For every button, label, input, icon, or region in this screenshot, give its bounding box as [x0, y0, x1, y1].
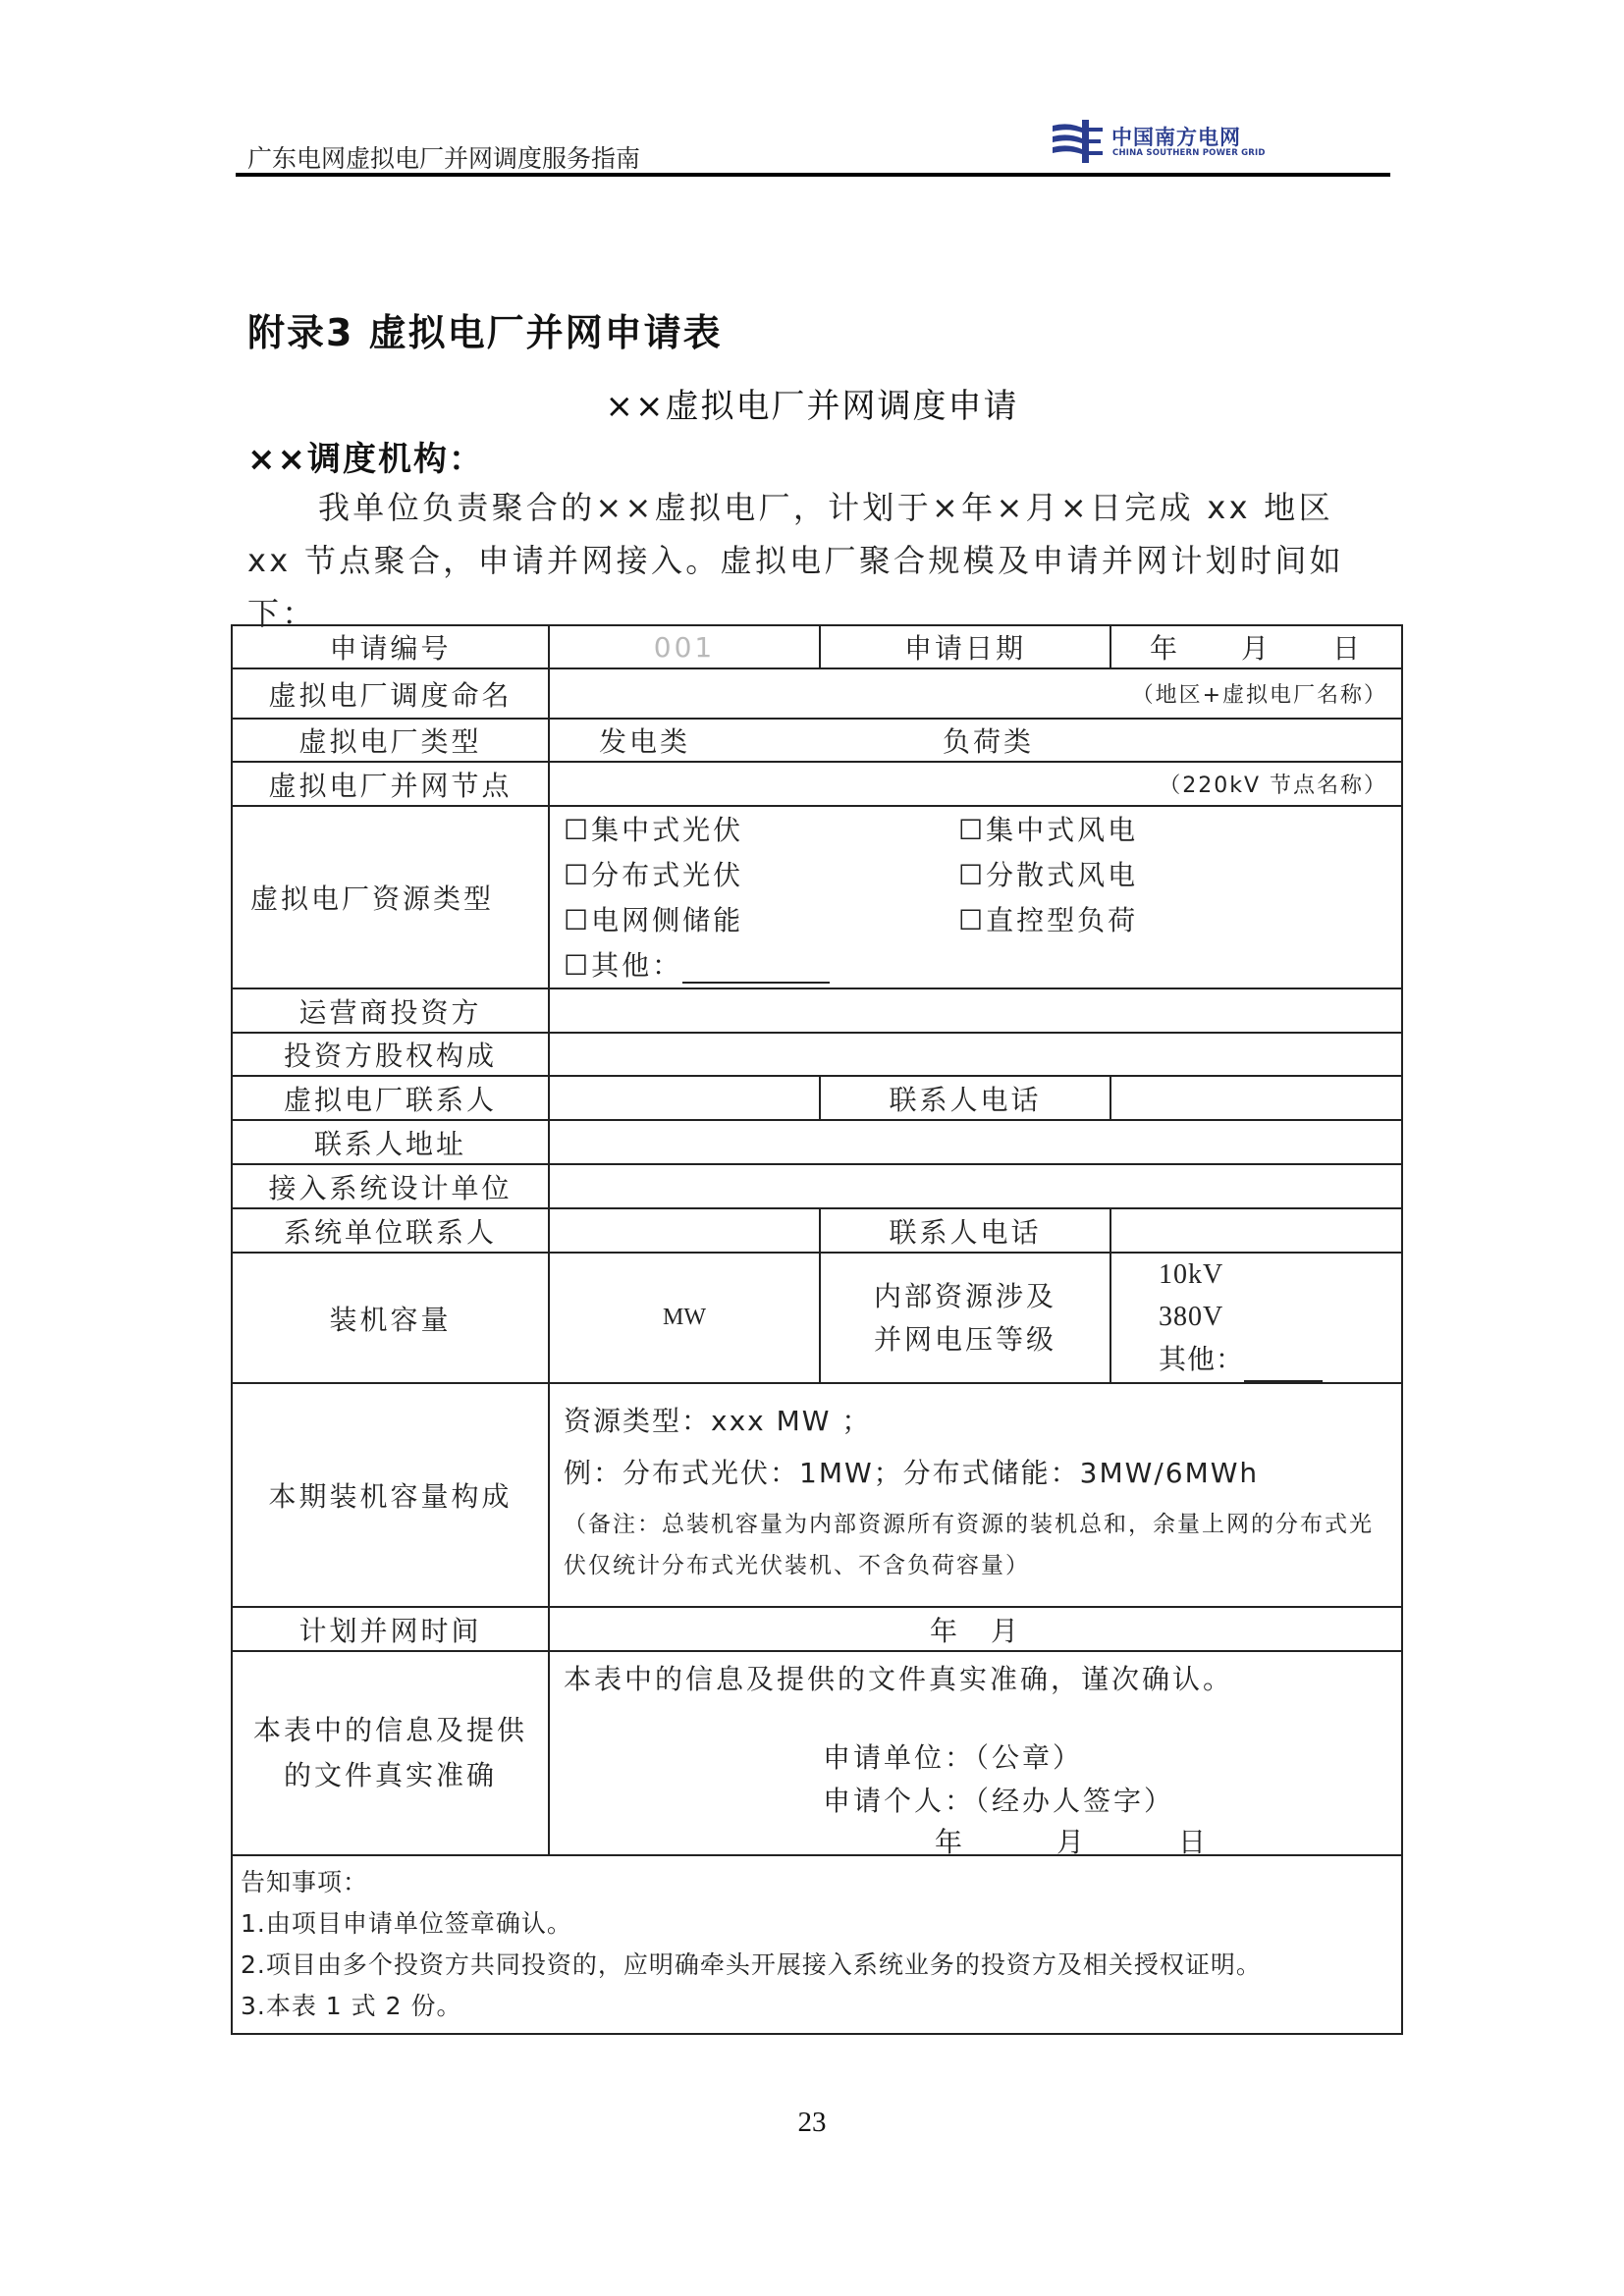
application-no-field[interactable]: 001	[549, 625, 820, 668]
application-date-field[interactable]: 年 月 日	[1110, 625, 1402, 668]
checkbox-icon: ☐	[958, 859, 986, 891]
page-number: 23	[0, 2107, 1624, 2139]
capacity-line-format: 资源类型：xxx MW ；	[564, 1400, 1391, 1443]
voltage-option-10kv[interactable]: 10kV	[1159, 1254, 1401, 1296]
system-contact-phone-label: 联系人电话	[820, 1208, 1110, 1253]
table-row-grid-node: 虚拟电厂并网节点 （220kV 节点名称）	[232, 762, 1402, 806]
declaration-label: 本表中的信息及提供的文件真实准确	[232, 1651, 549, 1855]
vpp-type-option-generation[interactable]: 发电类	[564, 721, 943, 760]
checkbox-centralized-pv[interactable]: ☐集中式光伏	[564, 809, 958, 848]
header-title: 广东电网虚拟电厂并网调度服务指南	[247, 139, 640, 175]
capacity-composition-label: 本期装机容量构成	[232, 1383, 549, 1607]
vpp-type-option-load[interactable]: 负荷类	[943, 725, 1034, 758]
vpp-contact-field[interactable]	[549, 1076, 820, 1120]
capacity-note: （备注：总装机容量为内部资源所有资源的装机总和，余量上网的分布式光伏仅统计分布式…	[564, 1504, 1391, 1586]
vpp-contact-label: 虚拟电厂联系人	[232, 1076, 549, 1120]
system-contact-field[interactable]	[549, 1208, 820, 1253]
checkbox-direct-control-load[interactable]: ☐直控型负荷	[958, 899, 1253, 938]
checkbox-icon: ☐	[564, 904, 591, 936]
system-contact-label: 系统单位联系人	[232, 1208, 549, 1253]
checkbox-icon: ☐	[958, 904, 986, 936]
application-form-table: 申请编号 001 申请日期 年 月 日 虚拟电厂调度命名 （地区+虚拟电厂名称）…	[231, 624, 1403, 2035]
addressee: ××调度机构：	[247, 432, 484, 480]
system-contact-phone-field[interactable]	[1110, 1208, 1402, 1253]
voltage-level-field: 10kV 380V 其他：	[1110, 1253, 1402, 1383]
unit-signature[interactable]: 申请单位：（公章）	[823, 1736, 1083, 1776]
planned-time-label: 计划并网时间	[232, 1607, 549, 1651]
contact-address-field[interactable]	[549, 1120, 1402, 1164]
checkbox-distributed-pv[interactable]: ☐分布式光伏	[564, 854, 958, 893]
notice-item: 3.本表 1 式 2 份。	[241, 1986, 1391, 2027]
table-row-contact-address: 联系人地址	[232, 1120, 1402, 1164]
table-row-equity-structure: 投资方股权构成	[232, 1033, 1402, 1076]
table-row-operator-investor: 运营商投资方	[232, 988, 1402, 1033]
operator-investor-field[interactable]	[549, 988, 1402, 1033]
checkbox-icon: ☐	[564, 814, 591, 846]
dispatch-name-hint: （地区+虚拟电厂名称）	[1132, 678, 1401, 709]
table-row-installed-capacity: 装机容量 MW 内部资源涉及 并网电压等级 10kV 380V 其他：	[232, 1253, 1402, 1383]
installed-capacity-unit: MW	[663, 1305, 706, 1330]
voltage-level-label: 内部资源涉及 并网电压等级	[820, 1253, 1110, 1383]
installed-capacity-label: 装机容量	[232, 1253, 549, 1383]
table-row-notice: 告知事项： 1.由项目申请单位签章确认。 2.项目由多个投资方共同投资的，应明确…	[232, 1855, 1402, 2034]
logo-cn-text: 中国南方电网	[1111, 122, 1241, 151]
table-row-capacity-composition: 本期装机容量构成 资源类型：xxx MW ； 例：分布式光伏：1MW；分布式储能…	[232, 1383, 1402, 1607]
table-row-system-contact: 系统单位联系人 联系人电话	[232, 1208, 1402, 1253]
appendix-title: 附录3 虚拟电厂并网申请表	[247, 302, 723, 356]
design-unit-field[interactable]	[549, 1164, 1402, 1208]
checkbox-icon: ☐	[958, 814, 986, 846]
intro-paragraph: 我单位负责聚合的××虚拟电厂，计划于×年×月×日完成 xx 地区 xx 节点聚合…	[247, 481, 1386, 640]
application-no-label: 申请编号	[232, 625, 549, 668]
table-row-vpp-contact: 虚拟电厂联系人 联系人电话	[232, 1076, 1402, 1120]
logo-en-text: CHINA SOUTHERN POWER GRID	[1112, 148, 1266, 158]
vpp-contact-phone-field[interactable]	[1110, 1076, 1402, 1120]
grid-node-field[interactable]: （220kV 节点名称）	[549, 762, 1402, 806]
voltage-option-other[interactable]: 其他：	[1159, 1338, 1401, 1382]
company-logo: 中国南方电网 CHINA SOUTHERN POWER GRID	[1053, 120, 1288, 165]
operator-investor-label: 运营商投资方	[232, 988, 549, 1033]
dispatch-name-label: 虚拟电厂调度命名	[232, 668, 549, 719]
application-date-label: 申请日期	[820, 625, 1110, 668]
voltage-option-380v[interactable]: 380V	[1159, 1296, 1401, 1338]
checkbox-other[interactable]: ☐其他：	[564, 944, 958, 984]
table-row-design-unit: 接入系统设计单位	[232, 1164, 1402, 1208]
checkbox-centralized-wind[interactable]: ☐集中式风电	[958, 809, 1253, 848]
notice-section: 告知事项： 1.由项目申请单位签章确认。 2.项目由多个投资方共同投资的，应明确…	[232, 1855, 1402, 2034]
dispatch-name-field[interactable]: （地区+虚拟电厂名称）	[549, 668, 1402, 719]
person-signature[interactable]: 申请个人：（经办人签字）	[823, 1780, 1174, 1819]
declaration-field: 本表中的信息及提供的文件真实准确，谨次确认。 申请单位：（公章） 申请个人：（经…	[549, 1651, 1402, 1855]
planned-time-field[interactable]: 年 月	[549, 1607, 1402, 1651]
capacity-composition-field[interactable]: 资源类型：xxx MW ； 例：分布式光伏：1MW；分布式储能：3MW/6MWh…	[549, 1383, 1402, 1607]
form-title: ××虚拟电厂并网调度申请	[0, 379, 1624, 427]
checkbox-icon: ☐	[564, 859, 591, 891]
declaration-statement: 本表中的信息及提供的文件真实准确，谨次确认。	[564, 1658, 1391, 1697]
table-row-resource-type: 虚拟电厂资源类型 ☐集中式光伏 ☐集中式风电 ☐分布式光伏 ☐分散式风电 ☐电网…	[232, 806, 1402, 988]
table-row-vpp-type: 虚拟电厂类型 发电类负荷类	[232, 719, 1402, 762]
grid-node-label: 虚拟电厂并网节点	[232, 762, 549, 806]
checkbox-icon: ☐	[564, 949, 591, 982]
grid-node-hint: （220kV 节点名称）	[1159, 769, 1401, 799]
csg-logo-icon	[1053, 120, 1108, 163]
equity-structure-field[interactable]	[549, 1033, 1402, 1076]
installed-capacity-field[interactable]: MW	[549, 1253, 820, 1383]
resource-type-label: 虚拟电厂资源类型	[232, 806, 549, 988]
header-divider	[236, 173, 1390, 177]
table-row-dispatch-name: 虚拟电厂调度命名 （地区+虚拟电厂名称）	[232, 668, 1402, 719]
table-row-declaration: 本表中的信息及提供的文件真实准确 本表中的信息及提供的文件真实准确，谨次确认。 …	[232, 1651, 1402, 1855]
resource-type-field: ☐集中式光伏 ☐集中式风电 ☐分布式光伏 ☐分散式风电 ☐电网侧储能 ☐直控型负…	[549, 806, 1402, 988]
vpp-type-field: 发电类负荷类	[549, 719, 1402, 762]
signature-date[interactable]: 年 月 日	[935, 1821, 1209, 1860]
checkbox-grid-storage[interactable]: ☐电网侧储能	[564, 899, 958, 938]
voltage-other-blank[interactable]	[1244, 1338, 1323, 1382]
vpp-type-label: 虚拟电厂类型	[232, 719, 549, 762]
checkbox-decentralized-wind[interactable]: ☐分散式风电	[958, 854, 1253, 893]
contact-address-label: 联系人地址	[232, 1120, 549, 1164]
notice-title: 告知事项：	[241, 1862, 1391, 1903]
notice-item: 2.项目由多个投资方共同投资的，应明确牵头开展接入系统业务的投资方及相关授权证明…	[241, 1945, 1391, 1986]
equity-structure-label: 投资方股权构成	[232, 1033, 549, 1076]
design-unit-label: 接入系统设计单位	[232, 1164, 549, 1208]
table-row-application-no: 申请编号 001 申请日期 年 月 日	[232, 625, 1402, 668]
capacity-line-example: 例：分布式光伏：1MW；分布式储能：3MW/6MWh	[564, 1443, 1391, 1504]
other-resource-blank[interactable]	[682, 949, 830, 984]
notice-item: 1.由项目申请单位签章确认。	[241, 1903, 1391, 1945]
table-row-planned-time: 计划并网时间 年 月	[232, 1607, 1402, 1651]
vpp-contact-phone-label: 联系人电话	[820, 1076, 1110, 1120]
